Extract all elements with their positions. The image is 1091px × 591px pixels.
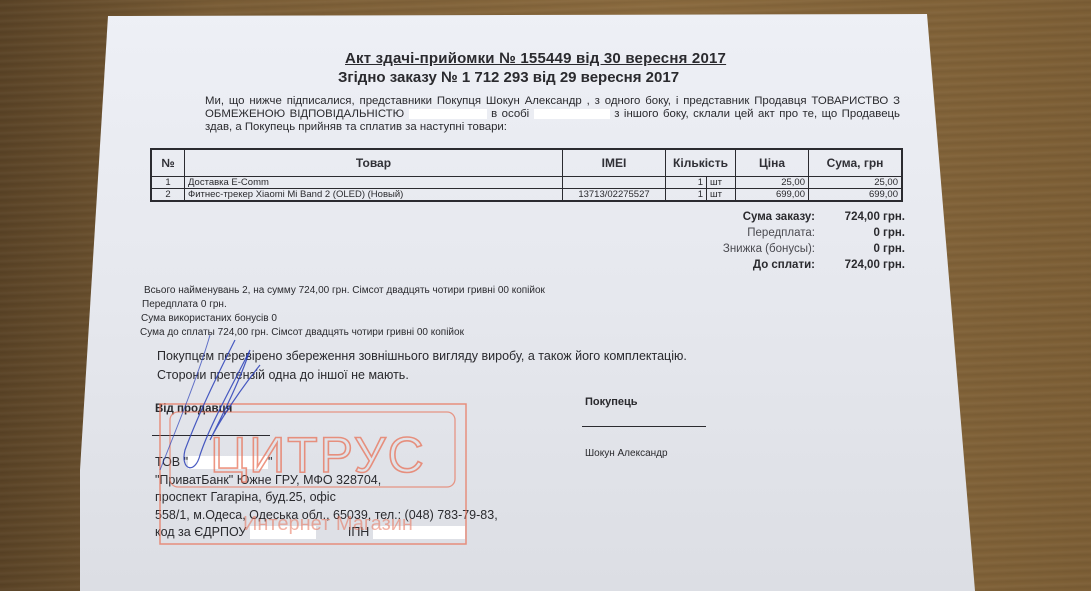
redaction-bar (409, 109, 487, 119)
buyer-heading: Покупець (585, 396, 638, 408)
cell-item: Фитнес-трекер Xiaomi Mi Band 2 (OLED) (Н… (185, 189, 563, 202)
col-header-imei: IMEI (563, 149, 666, 177)
col-header-sum: Сума, грн (809, 149, 903, 177)
col-header-item: Товар (185, 149, 563, 177)
cell-num: 1 (151, 177, 185, 189)
cell-qty: 1 (666, 177, 707, 189)
redaction-bar (534, 109, 610, 119)
totals-line: Сума до сплаты 724,00 грн. Сімсот двадця… (140, 326, 545, 340)
summary-discount: Знижка (бонусы): 0 грн. (700, 241, 910, 257)
cell-num: 2 (151, 189, 185, 202)
summary-to-pay: До сплати: 724,00 грн. (700, 257, 910, 273)
seller-address-2: 558/1, м.Одеса, Одеська обл., 65039, тел… (155, 507, 498, 525)
col-header-price: Ціна (736, 149, 809, 177)
cell-sum: 25,00 (809, 177, 903, 189)
seller-bank: "ПриватБанк" Южне ГРУ, МФО 328704, (155, 472, 498, 490)
table-header-row: № Товар IMEI Кількість Ціна Сума, грн (151, 149, 902, 177)
cell-unit: шт (707, 189, 736, 202)
summary-label: Сума заказу: (700, 209, 815, 225)
summary-prepay: Передплата: 0 грн. (700, 225, 910, 241)
col-header-qty: Кількість (666, 149, 736, 177)
table-row: 2 Фитнес-трекер Xiaomi Mi Band 2 (OLED) … (151, 189, 902, 202)
cell-unit: шт (707, 177, 736, 189)
intro-text-2: в особі (487, 108, 534, 120)
order-summary: Сума заказу: 724,00 грн. Передплата: 0 г… (700, 209, 910, 273)
cell-imei: 13713/02275527 (563, 189, 666, 202)
summary-label: Передплата: (700, 225, 815, 241)
cell-imei (563, 177, 666, 189)
cell-price: 699,00 (736, 189, 809, 202)
summary-label: Знижка (бонусы): (700, 241, 815, 257)
cell-sum: 699,00 (809, 189, 903, 202)
totals-line: Сума використаних бонусів 0 (140, 312, 545, 326)
seller-heading: Від продавця (155, 403, 232, 415)
claims-statement: Покупцем перевірено збереження зовнішньо… (157, 347, 687, 385)
totals-text: Всього найменувань 2, на сумму 724,00 гр… (140, 284, 545, 340)
intro-paragraph: Ми, що нижче підписалися, представники П… (205, 95, 900, 134)
items-table: № Товар IMEI Кількість Ціна Сума, грн 1 … (150, 148, 903, 202)
summary-label: До сплати: (700, 257, 815, 273)
summary-value: 724,00 грн. (815, 257, 910, 273)
cell-item: Доставка E-Comm (185, 177, 563, 189)
document-title: Акт здачі-прийомки № 155449 від 30 верес… (345, 50, 726, 67)
redaction-bar (250, 526, 316, 539)
ipn-label: ІПН (348, 525, 373, 539)
acceptance-act-document: Акт здачі-прийомки № 155449 від 30 верес… (0, 0, 1091, 591)
cell-qty: 1 (666, 189, 707, 202)
totals-line: Всього найменувань 2, на сумму 724,00 гр… (140, 284, 545, 298)
table-row: 1 Доставка E-Comm 1 шт 25,00 25,00 (151, 177, 902, 189)
redaction-bar (188, 456, 268, 469)
company-suffix: " (268, 455, 272, 469)
seller-company: ТОВ "" (155, 454, 498, 472)
buyer-signature-line (582, 426, 706, 427)
seller-codes: код за ЄДРПОУ ІПН (155, 524, 498, 542)
seller-address-1: проспект Гагаріна, буд.25, офіс (155, 489, 498, 507)
summary-value: 0 грн. (815, 241, 910, 257)
edrpou-label: код за ЄДРПОУ (155, 525, 250, 539)
summary-value: 0 грн. (815, 225, 910, 241)
cell-price: 25,00 (736, 177, 809, 189)
summary-value: 724,00 грн. (815, 209, 910, 225)
statement-line: Сторони претензій одна до іншої не мають… (157, 366, 687, 385)
redaction-bar (373, 526, 465, 539)
buyer-name: Шокун Александр (585, 448, 668, 459)
seller-signature-line (152, 435, 270, 436)
seller-details: ТОВ "" "ПриватБанк" Южне ГРУ, МФО 328704… (155, 454, 498, 542)
document-subtitle: Згідно заказу № 1 712 293 від 29 вересня… (338, 69, 679, 86)
summary-order-sum: Сума заказу: 724,00 грн. (700, 209, 910, 225)
col-header-num: № (151, 149, 185, 177)
totals-line: Передплата 0 грн. (140, 298, 545, 312)
statement-line: Покупцем перевірено збереження зовнішньо… (157, 347, 687, 366)
company-prefix: ТОВ " (155, 455, 188, 469)
